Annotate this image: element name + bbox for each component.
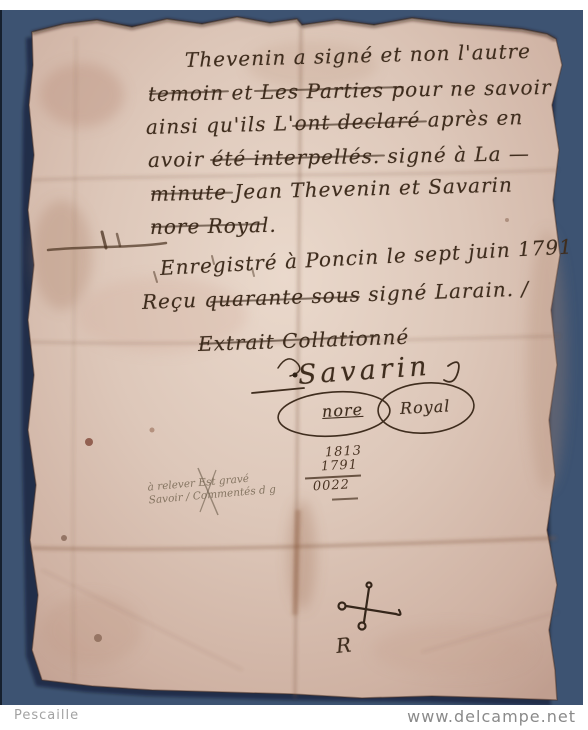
listing-photo-page: Thevenin a signé et non l'autre temoin e… [0, 0, 588, 730]
signature-title-nore: nore [322, 400, 364, 421]
figure-0022: 0022 [290, 477, 351, 495]
watermark-seller: Pescaille [14, 708, 79, 723]
initial-mark: R [335, 632, 353, 658]
signature-title-royal: Royal [400, 396, 451, 418]
watermark-site: www.delcampe.net [407, 707, 576, 726]
document-photo: Thevenin a signé et non l'autre temoin e… [0, 10, 583, 705]
figure-1791: 1791 [298, 457, 359, 475]
watermark-strip: Pescaille www.delcampe.net [0, 705, 588, 730]
